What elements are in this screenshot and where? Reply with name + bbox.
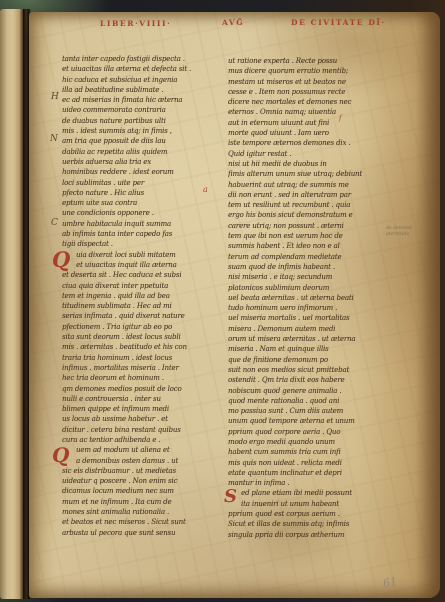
text-column-left: tanta inter capedo fastigii dispecta .et… bbox=[62, 54, 218, 552]
manuscript-text-line: singula ppria dii corpus ætherium bbox=[228, 530, 369, 540]
manuscript-text-line: morte quod uiuunt . Iam uero bbox=[228, 128, 369, 138]
manuscript-text-line: mo passiua sunt . Cum diis autem bbox=[228, 406, 369, 416]
manuscript-text-line: tudo hominum uero infimorum . bbox=[228, 303, 369, 313]
manuscript-text-line: dicamus locum medium nec sum bbox=[62, 486, 218, 496]
manuscript-text-line: us locus ab ussime habetur . et bbox=[62, 414, 218, 424]
header-work-title: DE CIVITATE DĨ· bbox=[291, 18, 386, 27]
manuscript-photo: LIBER·VIIII· AVG̃ DE CIVITATE DĨ· tanta … bbox=[0, 0, 445, 602]
manuscript-text-line: et deserta sit . Hec caduca et subsi bbox=[62, 270, 218, 280]
manuscript-text-line: eptum uite sua contra bbox=[62, 198, 218, 208]
manuscript-text-line: platonicos sublimium deorum bbox=[228, 283, 369, 293]
manuscript-text-line: que de finitione demonum po bbox=[228, 355, 369, 365]
manuscript-text-line: illa ad beatitudine sublimate . bbox=[62, 85, 218, 95]
manuscript-text-line: mis quis non uideat . relicta medi bbox=[228, 458, 369, 468]
margin-capital-n: N bbox=[50, 135, 58, 144]
manuscript-text-line: orum ut misera æternitas . ut æterna bbox=[228, 334, 369, 344]
manuscript-text-line: de duabus nature partibus ulti bbox=[62, 116, 218, 126]
manuscript-text-line: uia dixerat loci subli mitatem bbox=[62, 250, 218, 260]
manuscript-text-line: mis . æternitas . beatitudo et his con bbox=[62, 342, 218, 352]
manuscript-text-line: tem ut resiliunt ut recumbunt . quia bbox=[228, 200, 369, 210]
manuscript-text-line: tigii dispectat . bbox=[62, 239, 218, 249]
manuscript-text-line: tem que ibi non est uerum hoc de bbox=[228, 231, 369, 241]
manuscript-text-line: am tria que pposuit de diis lau bbox=[62, 136, 218, 146]
manuscript-text-line: ergo his bonis sicut demonstratum e bbox=[228, 210, 369, 220]
manuscript-text-line: hec tria deorum et hominum . bbox=[62, 373, 218, 383]
manuscript-text-line: dii non erunt . sed in alterutram par bbox=[228, 190, 369, 200]
manuscript-text-line: suit non eos medios sicut pmittebat bbox=[228, 365, 369, 375]
manuscript-text-line: misera . Demonum autem medi bbox=[228, 324, 369, 334]
manuscript-text-line: suam quod de infimis habeant . bbox=[228, 262, 369, 272]
manuscript-text-line: ut ratione experta . Recte possu bbox=[228, 56, 369, 66]
manuscript-text-line: et uiuacitas inquit illa æterna bbox=[62, 260, 218, 270]
manuscript-text-line: a demonibus osten damus . ut bbox=[62, 456, 218, 466]
header-author-abbrev: AVG̃ bbox=[222, 18, 244, 27]
margin-capital-c: C bbox=[51, 219, 58, 228]
manuscript-text-line: hominibus reddere . idest eorum bbox=[62, 167, 218, 177]
manuscript-text-line: unum quod tempore æterna et unum bbox=[228, 416, 369, 426]
manuscript-text-line: et uiuacitas illa æterna et defecta sit … bbox=[62, 64, 218, 74]
manuscript-text-line: terum ad complendam medietate bbox=[228, 252, 369, 262]
red-correction-mark: a bbox=[203, 186, 208, 194]
manuscript-text-line: une condicionis opponere . bbox=[62, 208, 218, 218]
folio-number: 61 bbox=[382, 575, 398, 590]
manuscript-text-line: pfecto nature . Hic alius bbox=[62, 188, 218, 198]
manuscript-text-line: aut in eternum uiuunt aut fini bbox=[228, 118, 369, 128]
manuscript-text-line: dicitur . cetera bina restant quibus bbox=[62, 425, 218, 435]
manuscript-text-line: mestam ut miseros et ut beatos ne bbox=[228, 77, 369, 87]
manuscript-text-line: miseria . Nam et quinque illis bbox=[228, 344, 369, 354]
manuscript-text-line: ciua quia dixerat inter ppetuita bbox=[62, 281, 218, 291]
manuscript-text-line: modo ergo medii quando unum bbox=[228, 437, 369, 447]
manuscript-text-line: blimen quippe et infimum medi bbox=[62, 404, 218, 414]
manuscript-text-line: uerbis aduersa alia tria ex bbox=[62, 157, 218, 167]
manuscript-text-line: umbre habitacula inquit summa bbox=[62, 219, 218, 229]
manuscript-text-line: loci sublimitas . uite per bbox=[62, 178, 218, 188]
manuscript-text-line: dicere nec mortales et demones nec bbox=[228, 97, 369, 107]
manuscript-text-line: hic caduca et subsiciua et ingenia bbox=[62, 75, 218, 85]
rubric-dropcap-q-upper: Q bbox=[52, 249, 70, 270]
manuscript-text-line: uel miseria mortalis . uel mortalitas bbox=[228, 313, 369, 323]
manuscript-text-line: tanta inter capedo fastigii dispecta . bbox=[62, 54, 218, 64]
manuscript-text-line: carere utriq; non possunt . æterni bbox=[228, 221, 369, 231]
manuscript-text-line: ostendit . Qm tria dixit eos habere bbox=[228, 375, 369, 385]
manuscript-text-line: mum et ne infimum . Ita cum de bbox=[62, 497, 218, 507]
manuscript-text-line: nisi ut hii medii de duobus in bbox=[228, 159, 369, 169]
manuscript-text-line: et beatos et nec miseros . Sicut sunt bbox=[62, 517, 218, 527]
manuscript-text-line: iste tempore æternos demones dix . bbox=[228, 138, 369, 148]
margin-capital-h: H bbox=[51, 93, 59, 102]
manuscript-text-line: mantur in infima . bbox=[228, 478, 369, 488]
header-book-number: LIBER·VIIII· bbox=[100, 19, 171, 28]
manuscript-text-line: tem et ingenia . quid illa ad bea bbox=[62, 291, 218, 301]
manuscript-text-line: Quid igitur restat . bbox=[228, 149, 369, 159]
manuscript-text-line: mones sint animalia rationalia . bbox=[62, 507, 218, 517]
manuscript-text-line: uem ad modum ut aliena et bbox=[62, 445, 218, 455]
manuscript-text-line: ab infimis tanta inter capedo fas bbox=[62, 229, 218, 239]
manuscript-text-line: summis habent . Et ideo non e al bbox=[228, 241, 369, 251]
marginal-gloss-line: ęternitate bbox=[386, 232, 412, 238]
manuscript-text-line: ed plane etiam ibi medii possunt bbox=[228, 488, 369, 498]
manuscript-text-line: arbusta ul pecora que sunt sensu bbox=[62, 528, 218, 538]
manuscript-text-line: etate quantum inclinatur et depri bbox=[228, 468, 369, 478]
manuscript-text-line: uideatur q poscere . Non enim sic bbox=[62, 476, 218, 486]
manuscript-text-line: nisi miseria . e itaq; secundum bbox=[228, 272, 369, 282]
manuscript-text-line: Sicut et illas de summis atq; infimis bbox=[228, 519, 369, 529]
manuscript-text-line: sic eis distribuamur . ut medietas bbox=[62, 466, 218, 476]
rubric-dropcap-s: S bbox=[224, 488, 237, 506]
manuscript-text-line: dabilia ac repetita aliis quidem bbox=[62, 147, 218, 157]
manuscript-text-line: uideo commemorata contraria bbox=[62, 105, 218, 115]
manuscript-text-line: titudinem sublimata . Hec ad mi bbox=[62, 301, 218, 311]
manuscript-text-line: serias infimata . quid dixerat nature bbox=[62, 311, 218, 321]
red-correction-mark: ſ bbox=[339, 115, 342, 122]
manuscript-text-line: pprium quod est corpus aerium . bbox=[228, 509, 369, 519]
marginal-gloss: de demonū ęternitate bbox=[386, 226, 412, 238]
manuscript-text-line: habent cum summis tria cum infi bbox=[228, 447, 369, 457]
manuscript-text-line: ec ad miserias in fimata hic æterna bbox=[62, 95, 218, 105]
manuscript-text-line: quod mente rationalia . quod ani bbox=[228, 396, 369, 406]
manuscript-text-line: mis . idest summis atq; in fimis , bbox=[62, 126, 218, 136]
manuscript-text-line: nobiscum quod genere animalia . bbox=[228, 386, 369, 396]
facing-page-edge bbox=[0, 9, 24, 599]
rubric-dropcap-q-lower: Q bbox=[52, 445, 69, 465]
manuscript-text-line: ita inueniri ut unum habeant bbox=[228, 499, 369, 509]
manuscript-text-line: qm demones medios posuit de loco bbox=[62, 384, 218, 394]
manuscript-text-line: habuerint aut utraq; de summis me bbox=[228, 180, 369, 190]
manuscript-text-line: traria tria hominum . idest locus bbox=[62, 353, 218, 363]
manuscript-text-line: pfectionem . Tria igitur ab eo po bbox=[62, 322, 218, 332]
manuscript-text-line: eternos . Omnia namq; uiuentia bbox=[228, 107, 369, 117]
manuscript-text-line: mus dicere quorum erratio mentib; bbox=[228, 66, 369, 76]
manuscript-text-line: cura ac tentior adhibenda e . bbox=[62, 435, 218, 445]
manuscript-text-line: infimus . mortalitas miseria . Inter bbox=[62, 363, 218, 373]
manuscript-text-line: nulli e controuersia . inter su bbox=[62, 394, 218, 404]
text-column-right: ut ratione experta . Recte possumus dice… bbox=[228, 56, 369, 548]
manuscript-text-line: sita sunt deorum . idest locus subli bbox=[62, 332, 218, 342]
manuscript-text-line: uel beata æternitas . ut æterna beati bbox=[228, 293, 369, 303]
manuscript-text-line: fimis alterum unum siue utraq; debiunt bbox=[228, 169, 369, 179]
manuscript-text-line: pprium quod corpore aeria . Quo bbox=[228, 427, 369, 437]
manuscript-text-line: cesse e . Item non possumus recte bbox=[228, 87, 369, 97]
